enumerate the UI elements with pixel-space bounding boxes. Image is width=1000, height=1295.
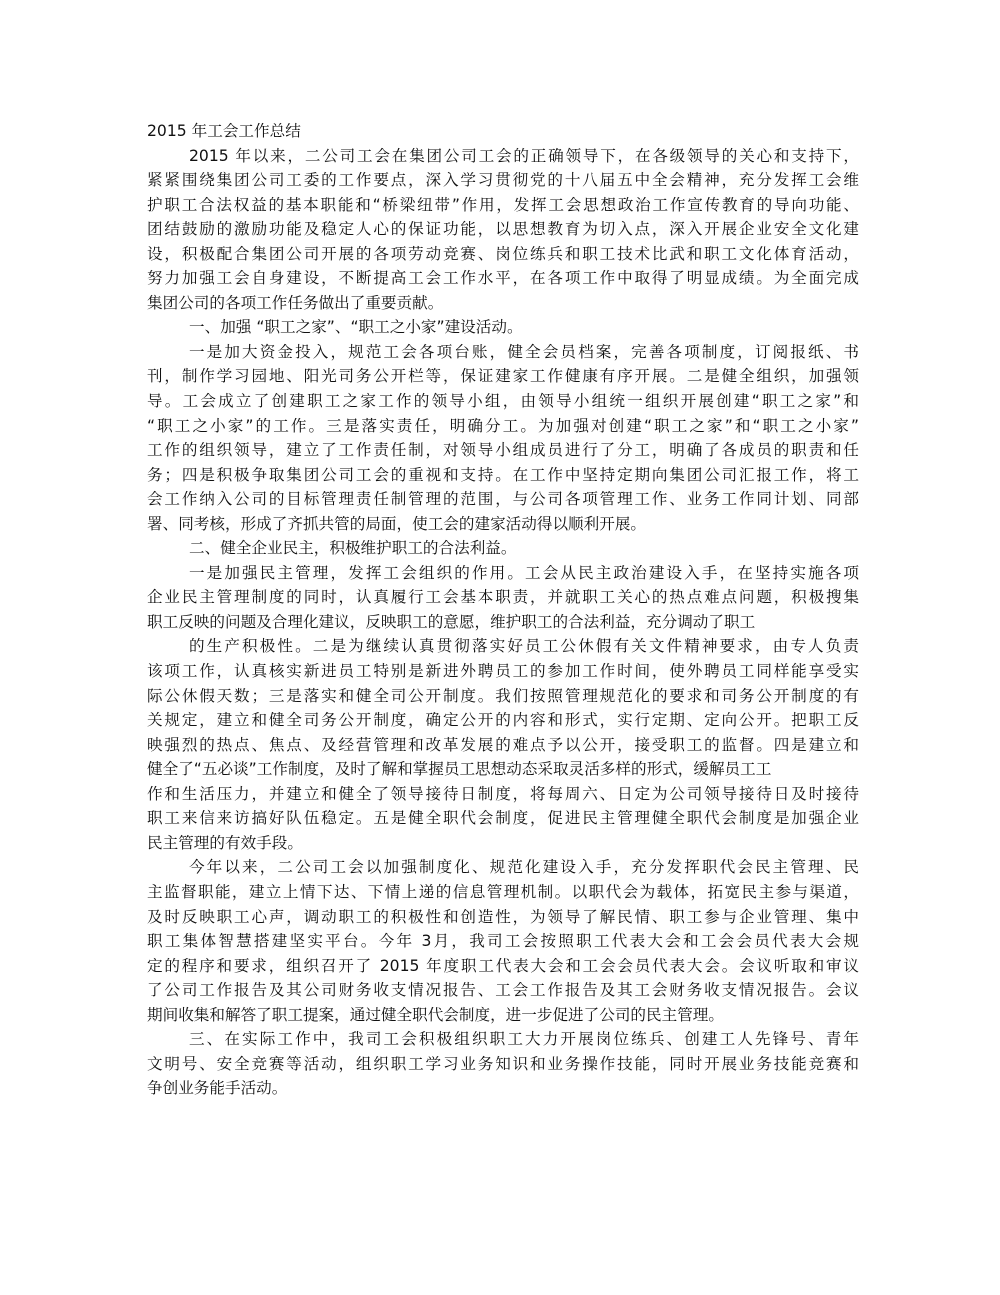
- text-line: 关规定，建立和健全司务公开制度，确定公开的内容和形式，实行定期、定向公开。把职工…: [147, 708, 859, 733]
- text-line: 一是加强民主管理，发挥工会组织的作用。工会从民主政治建设入手，在坚持实施各项: [147, 561, 859, 586]
- text-line: 2015 年以来，二公司工会在集团公司工会的正确领导下，在各级领导的关心和支持下…: [147, 144, 859, 169]
- text-line: 三、在实际工作中，我司工会积极组织职工大力开展岗位练兵、创建工人先锋号、青年: [147, 1027, 859, 1052]
- text-line: 了公司工作报告及其公司财务收支情况报告、工会工作报告及其工会财务收支情况报告。会…: [147, 978, 859, 1003]
- text-line: 护职工合法权益的基本职能和“桥梁纽带”作用，发挥工会思想政治工作宣传教育的导向功…: [147, 193, 859, 218]
- text-line: 二、健全企业民主，积极维护职工的合法利益。: [147, 536, 859, 561]
- text-line: 团结鼓励的激励功能及稳定人心的保证功能，以思想教育为切入点，深入开展企业安全文化…: [147, 217, 859, 242]
- text-line: 工作的组织领导，建立了工作责任制，对领导小组成员进行了分工，明确了各成员的职责和…: [147, 438, 859, 463]
- text-line: 该项工作，认真核实新进员工特别是新进外聘员工的参加工作时间，使外聘员工同样能享受…: [147, 659, 859, 684]
- text-line: 设，积极配合集团公司开展的各项劳动竞赛、岗位练兵和职工技术比武和职工文化体育活动…: [147, 242, 859, 267]
- document-body: 2015 年以来，二公司工会在集团公司工会的正确领导下，在各级领导的关心和支持下…: [147, 144, 859, 1101]
- text-line: 民主管理的有效手段。: [147, 831, 859, 856]
- text-line: 会工作纳入公司的目标管理责任制管理的范围，与公司各项管理工作、业务工作同计划、同…: [147, 487, 859, 512]
- text-line: 健全了“五必谈”工作制度，及时了解和掌握员工思想动态采取灵活多样的形式，缓解员工…: [147, 757, 859, 782]
- text-line: 务；四是积极争取集团公司工会的重视和支持。在工作中坚持定期向集团公司汇报工作，将…: [147, 463, 859, 488]
- text-line: 刊，制作学习园地、阳光司务公开栏等，保证建家工作健康有序开展。二是健全组织，加强…: [147, 364, 859, 389]
- text-line: 导。工会成立了创建职工之家工作的领导小组，由领导小组统一组织开展创建“职工之家”…: [147, 389, 859, 414]
- text-line: 争创业务能手活动。: [147, 1076, 859, 1101]
- text-line: 映强烈的热点、焦点、及经营管理和改革发展的难点予以公开，接受职工的监督。四是建立…: [147, 733, 859, 758]
- text-line: 一是加大资金投入，规范工会各项台账，健全会员档案，完善各项制度，订阅报纸、书: [147, 340, 859, 365]
- text-line: 期间收集和解答了职工提案，通过健全职代会制度，进一步促进了公司的民主管理。: [147, 1003, 859, 1028]
- text-line: 作和生活压力，并建立和健全了领导接待日制度，将每周六、日定为公司领导接待日及时接…: [147, 782, 859, 807]
- text-line: 今年以来，二公司工会以加强制度化、规范化建设入手，充分发挥职代会民主管理、民: [147, 855, 859, 880]
- text-line: 企业民主管理制度的同时，认真履行工会基本职责，并就职工关心的热点难点问题，积极搜…: [147, 585, 859, 610]
- text-line: 文明号、安全竞赛等活动，组织职工学习业务知识和业务操作技能，同时开展业务技能竞赛…: [147, 1052, 859, 1077]
- text-line: 职工反映的问题及合理化建议，反映职工的意愿，维护职工的合法利益，充分调动了职工: [147, 610, 859, 635]
- text-line: “职工之小家”的工作。三是落实责任，明确分工。为加强对创建“职工之家”和“职工之…: [147, 414, 859, 439]
- text-line: 职工集体智慧搭建坚实平台。今年 3月，我司工会按照职工代表大会和工会会员代表大会…: [147, 929, 859, 954]
- document-page: 2015 年工会工作总结 2015 年以来，二公司工会在集团公司工会的正确领导下…: [147, 119, 859, 1101]
- text-line: 职工来信来访搞好队伍稳定。五是健全职代会制度，促进民主管理健全职代会制度是加强企…: [147, 806, 859, 831]
- text-line: 的生产积极性。二是为继续认真贯彻落实好员工公休假有关文件精神要求，由专人负责: [147, 634, 859, 659]
- text-line: 紧紧围绕集团公司工委的工作要点，深入学习贯彻党的十八届五中全会精神，充分发挥工会…: [147, 168, 859, 193]
- text-line: 定的程序和要求，组织召开了 2015 年度职工代表大会和工会会员代表大会。会议听…: [147, 954, 859, 979]
- text-line: 集团公司的各项工作任务做出了重要贡献。: [147, 291, 859, 316]
- text-line: 及时反映职工心声，调动职工的积极性和创造性，为领导了解民情、职工参与企业管理、集…: [147, 905, 859, 930]
- text-line: 署、同考核，形成了齐抓共管的局面，使工会的建家活动得以顺利开展。: [147, 512, 859, 537]
- text-line: 一、加强 “职工之家”、“职工之小家”建设活动。: [147, 315, 859, 340]
- text-line: 际公休假天数；三是落实和健全司公开制度。我们按照管理规范化的要求和司务公开制度的…: [147, 684, 859, 709]
- document-title: 2015 年工会工作总结: [147, 119, 859, 144]
- text-line: 努力加强工会自身建设，不断提高工会工作水平，在各项工作中取得了明显成绩。为全面完…: [147, 266, 859, 291]
- text-line: 主监督职能，建立上情下达、下情上递的信息管理机制。以职代会为载体，拓宽民主参与渠…: [147, 880, 859, 905]
